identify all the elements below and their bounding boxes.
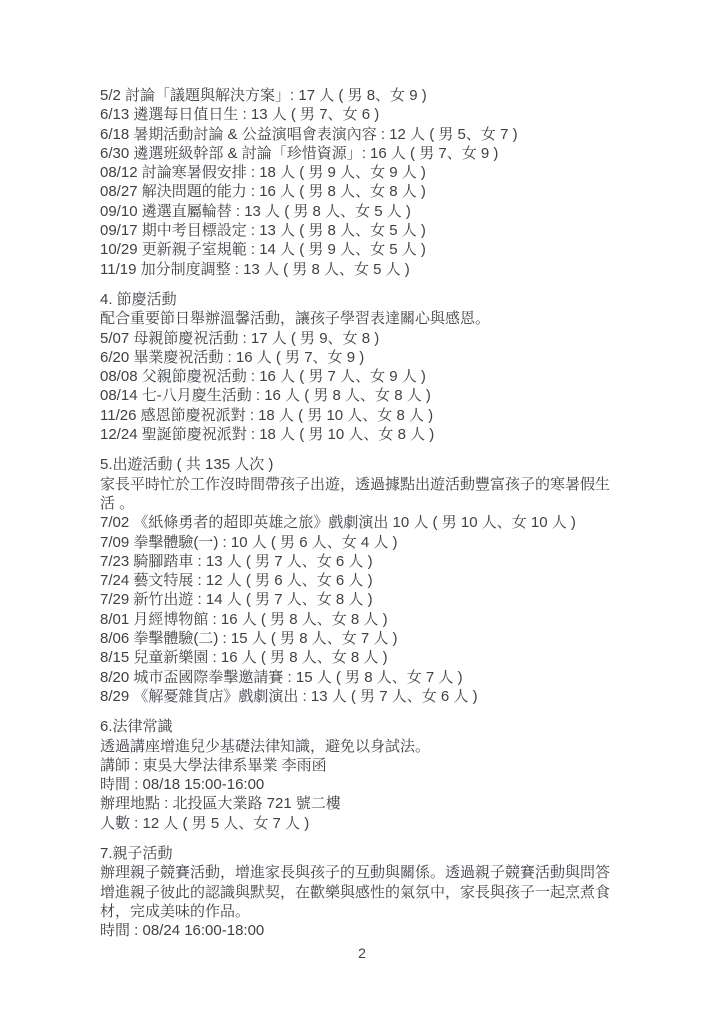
activity-item: 6/13 遴選每日值日生 : 13 人 ( 男 7、女 6 )	[100, 105, 640, 124]
section-heading: 5.出遊活動 ( 共 135 人次 )	[100, 455, 640, 474]
section-paragraph-line: 增進親子彼此的認識與默契，在歡樂與感性的氣氛中，家長與孩子一起烹煮食	[100, 883, 640, 902]
activity-list-continued: 5/2 討論「議題與解決方案」: 17 人 ( 男 8、女 9 )6/13 遴選…	[100, 86, 640, 279]
activity-item: 7/29 新竹出遊 : 14 人 ( 男 7 人、女 8 人 )	[100, 590, 640, 609]
document-page: 5/2 討論「議題與解決方案」: 17 人 ( 男 8、女 9 )6/13 遴選…	[0, 0, 724, 1024]
document-section: 6.法律常識透過講座增進兒少基礎法律知識，避免以身試法。講師 : 東吳大學法律系…	[100, 717, 640, 833]
activity-item: 11/19 加分制度調整 : 13 人 ( 男 8 人、女 5 人 )	[100, 260, 640, 279]
activity-item: 5/2 討論「議題與解決方案」: 17 人 ( 男 8、女 9 )	[100, 86, 640, 105]
activity-item: 7/02 《紙條勇者的超即英雄之旅》戲劇演出 10 人 ( 男 10 人、女 1…	[100, 513, 640, 532]
activity-item: 08/27 解決問題的能力 : 16 人 ( 男 8 人、女 8 人 )	[100, 182, 640, 201]
activity-item: 08/08 父親節慶祝活動 : 16 人 ( 男 7 人、女 9 人 )	[100, 367, 640, 386]
activity-item: 6/30 遴選班級幹部 & 討論「珍惜資源」: 16 人 ( 男 7、女 9 )	[100, 144, 640, 163]
activity-item: 人數 : 12 人 ( 男 5 人、女 7 人 )	[100, 814, 640, 833]
document-section: 4. 節慶活動配合重要節日舉辦溫馨活動，讓孩子學習表達關心與感恩。5/07 母親…	[100, 290, 640, 444]
activity-item: 7/24 藝文特展 : 12 人 ( 男 6 人、女 6 人 )	[100, 571, 640, 590]
document-section: 5.出遊活動 ( 共 135 人次 )家長平時忙於工作沒時間帶孩子出遊，透過據點…	[100, 455, 640, 706]
activity-item: 8/01 月經博物館 : 16 人 ( 男 8 人、女 8 人 )	[100, 610, 640, 629]
page-footer: 2	[0, 944, 724, 963]
section-paragraph-line: 辦理親子競賽活動，增進家長與孩子的互動與關係。透過親子競賽活動與問答	[100, 863, 640, 882]
activity-item: 09/17 期中考目標設定 : 13 人 ( 男 8 人、女 5 人 )	[100, 221, 640, 240]
activity-item: 09/10 遴選直屬輪替 : 13 人 ( 男 8 人、女 5 人 )	[100, 202, 640, 221]
activity-item: 10/29 更新親子室規範 : 14 人 ( 男 9 人、女 5 人 )	[100, 240, 640, 259]
activity-item: 5/07 母親節慶祝活動 : 17 人 ( 男 9、女 8 )	[100, 329, 640, 348]
activity-item: 辦理地點 : 北投區大業路 721 號二樓	[100, 794, 640, 813]
document-content: 5/2 討論「議題與解決方案」: 17 人 ( 男 8、女 9 )6/13 遴選…	[100, 86, 640, 940]
activity-item: 6/18 暑期活動討論 & 公益演唱會表演內容 : 12 人 ( 男 5、女 7…	[100, 125, 640, 144]
section-paragraph-line: 家長平時忙於工作沒時間帶孩子出遊，透過據點出遊活動豐富孩子的寒暑假生	[100, 475, 640, 494]
activity-item: 8/20 城市盃國際拳擊邀請賽 : 15 人 ( 男 8 人、女 7 人 )	[100, 668, 640, 687]
document-sections: 4. 節慶活動配合重要節日舉辦溫馨活動，讓孩子學習表達關心與感恩。5/07 母親…	[100, 290, 640, 941]
activity-item: 08/14 七-八月慶生活動 : 16 人 ( 男 8 人、女 8 人 )	[100, 386, 640, 405]
section-heading: 6.法律常識	[100, 717, 640, 736]
activity-item: 7/23 騎腳踏車 : 13 人 ( 男 7 人、女 6 人 )	[100, 552, 640, 571]
activity-item: 8/06 拳擊體驗(二) : 15 人 ( 男 8 人、女 7 人 )	[100, 629, 640, 648]
section-heading: 4. 節慶活動	[100, 290, 640, 309]
activity-item: 8/29 《解憂雜貨店》戲劇演出 : 13 人 ( 男 7 人、女 6 人 )	[100, 687, 640, 706]
section-paragraph-line: 材，完成美味的作品。	[100, 902, 640, 921]
activity-item: 11/26 感恩節慶祝派對 : 18 人 ( 男 10 人、女 8 人 )	[100, 406, 640, 425]
activity-item: 6/20 畢業慶祝活動 : 16 人 ( 男 7、女 9 )	[100, 348, 640, 367]
section-heading: 7.親子活動	[100, 844, 640, 863]
activity-item: 7/09 拳擊體驗(一) : 10 人 ( 男 6 人、女 4 人 )	[100, 533, 640, 552]
activity-item: 時間 : 08/18 15:00-16:00	[100, 775, 640, 794]
document-section: 7.親子活動辦理親子競賽活動，增進家長與孩子的互動與關係。透過親子競賽活動與問答…	[100, 844, 640, 940]
activity-item: 08/12 討論寒暑假安排 : 18 人 ( 男 9 人、女 9 人 )	[100, 163, 640, 182]
activity-item: 時間 : 08/24 16:00-18:00	[100, 921, 640, 940]
section-paragraph-line: 透過講座增進兒少基礎法律知識，避免以身試法。	[100, 737, 640, 756]
section-paragraph-line: 配合重要節日舉辦溫馨活動，讓孩子學習表達關心與感恩。	[100, 309, 640, 328]
activity-item: 講師 : 東吳大學法律系畢業 李雨函	[100, 756, 640, 775]
activity-item: 12/24 聖誕節慶祝派對 : 18 人 ( 男 10 人、女 8 人 )	[100, 425, 640, 444]
section-paragraph-line: 活 。	[100, 494, 640, 513]
activity-item: 8/15 兒童新樂園 : 16 人 ( 男 8 人、女 8 人 )	[100, 648, 640, 667]
page-number: 2	[358, 945, 366, 961]
